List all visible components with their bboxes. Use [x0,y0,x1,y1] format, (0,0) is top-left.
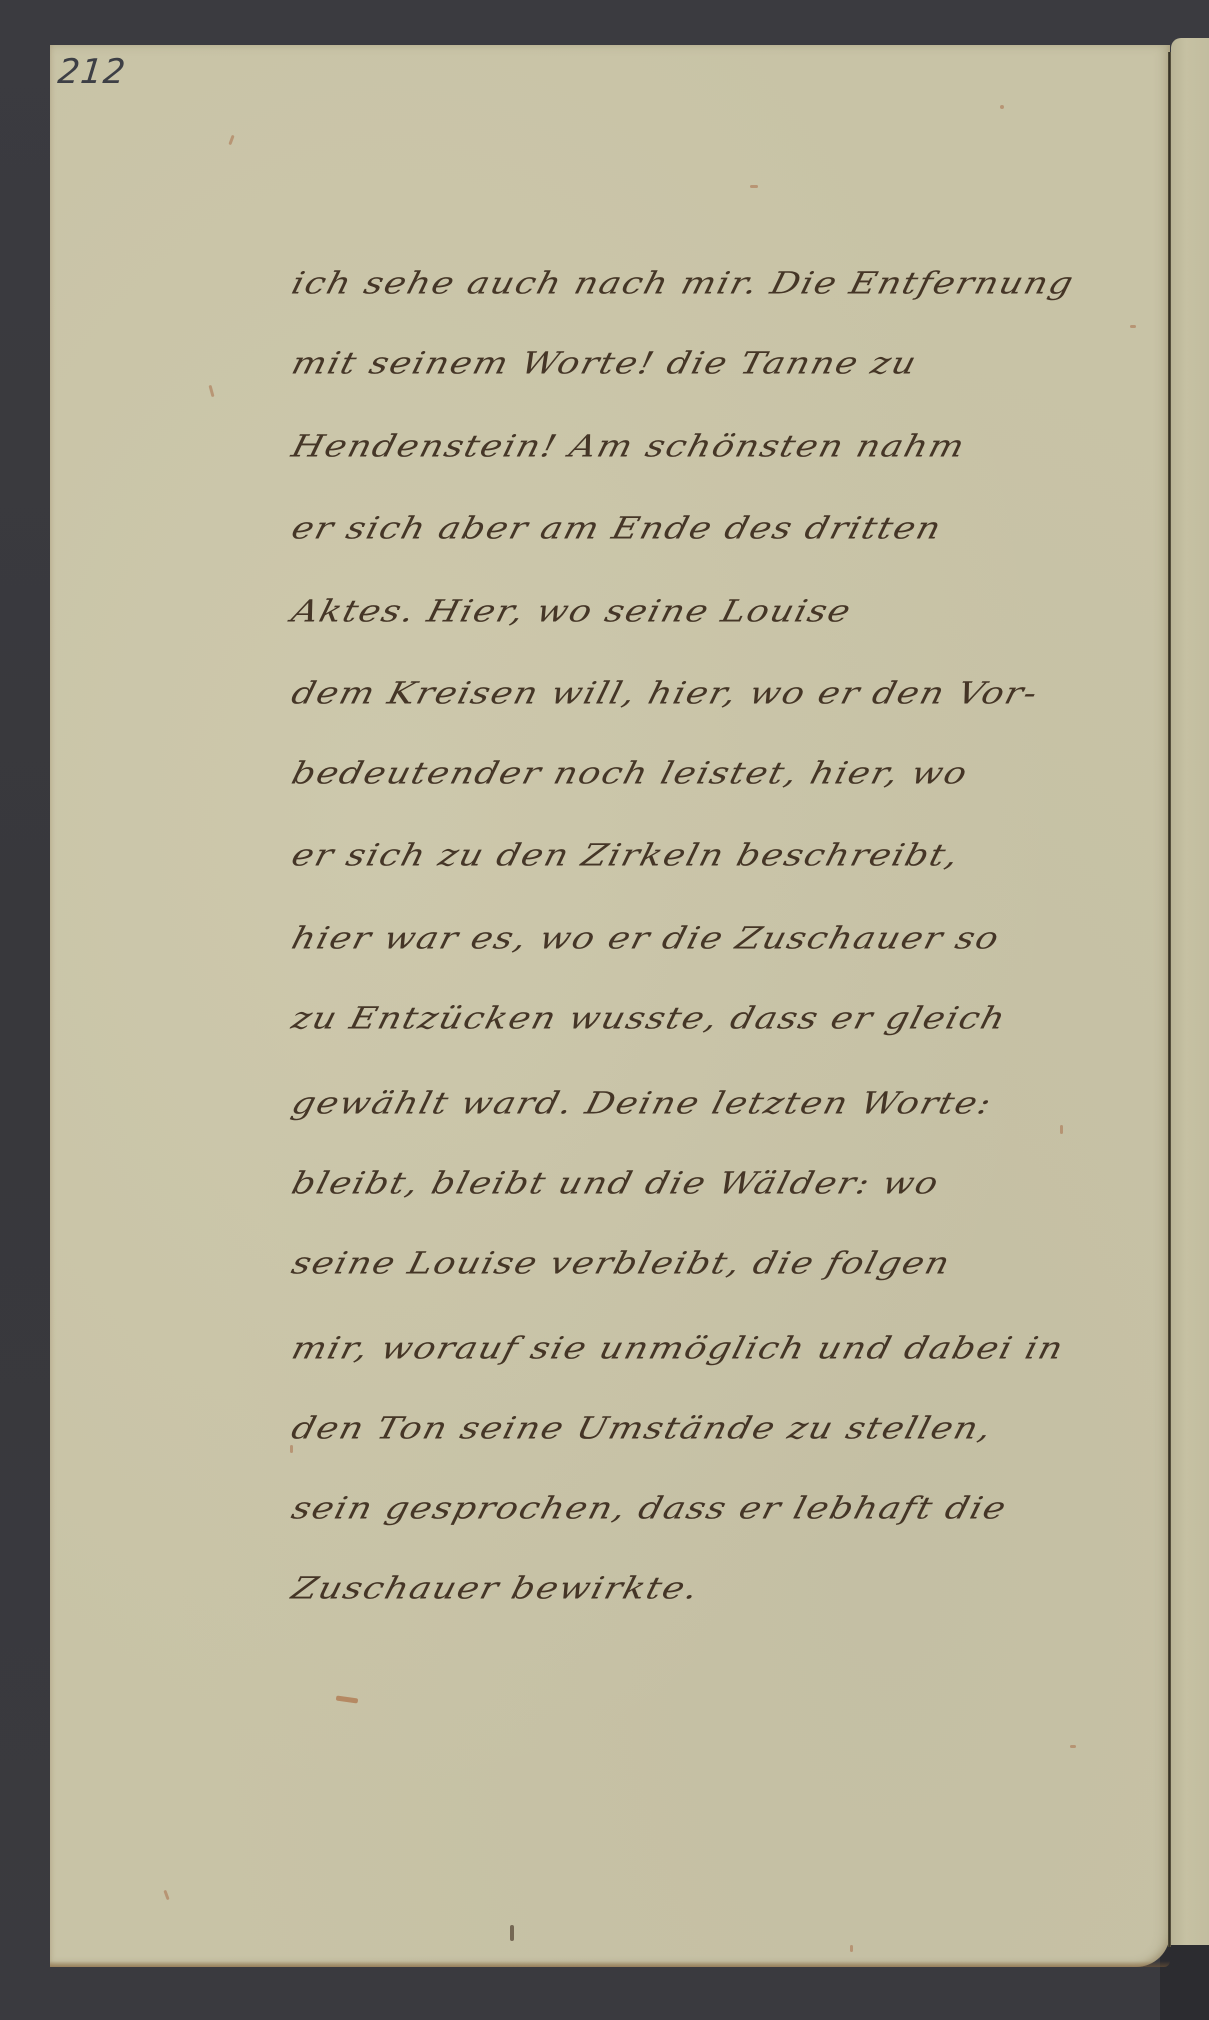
text-line: den Ton seine Umstände zu stellen, [288,1411,996,1446]
binding-gutter [1168,52,1171,1947]
text-line: sein gesprochen, dass er lebhaft die [288,1491,1011,1526]
paper-fleck [228,135,234,145]
text-line: Hendenstein! Am schönsten nahm [288,429,969,464]
text-line: zu Entzücken wusste, dass er gleich [288,1001,1010,1036]
paper-fleck [163,1890,169,1900]
paper-fleck [208,385,214,397]
paper-fleck [290,1445,293,1453]
paper-fleck [1070,1745,1076,1748]
paper-fleck [750,185,758,188]
text-line: mir, worauf sie unmöglich und dabei in [288,1331,1068,1366]
text-line: Zuschauer bewirkte. [288,1571,703,1606]
adjacent-page-edge [1171,38,1209,1978]
text-line: Aktes. Hier, wo seine Louise [288,594,855,629]
binding-shadow [1160,1945,1209,2020]
paper-fleck [1060,1125,1063,1134]
text-line: bleibt, bleibt und die Wälder: wo [288,1166,943,1201]
text-line: bedeutender noch leistet, hier, wo [288,756,972,791]
text-line: gewählt ward. Deine letzten Worte: [288,1086,996,1121]
text-line: ich sehe auch nach mir. Die Entfernung [288,266,1078,301]
text-line: er sich zu den Zirkeln beschreibt, [288,838,963,873]
text-line: dem Kreisen will, hier, wo er den Vor- [288,676,1042,711]
paper-fleck [1130,325,1136,328]
text-line: er sich aber am Ende des dritten [288,511,946,546]
text-line: hier war es, wo er die Zuschauer so [288,921,1003,956]
text-line: seine Louise verbleibt, die folgen [288,1246,954,1281]
paper-fleck [850,1945,853,1952]
text-line: mit seinem Worte! die Tanne zu [288,346,921,381]
page-number: 212 [56,52,128,92]
ink-spot [510,1925,514,1941]
paper-fleck [1000,105,1004,109]
